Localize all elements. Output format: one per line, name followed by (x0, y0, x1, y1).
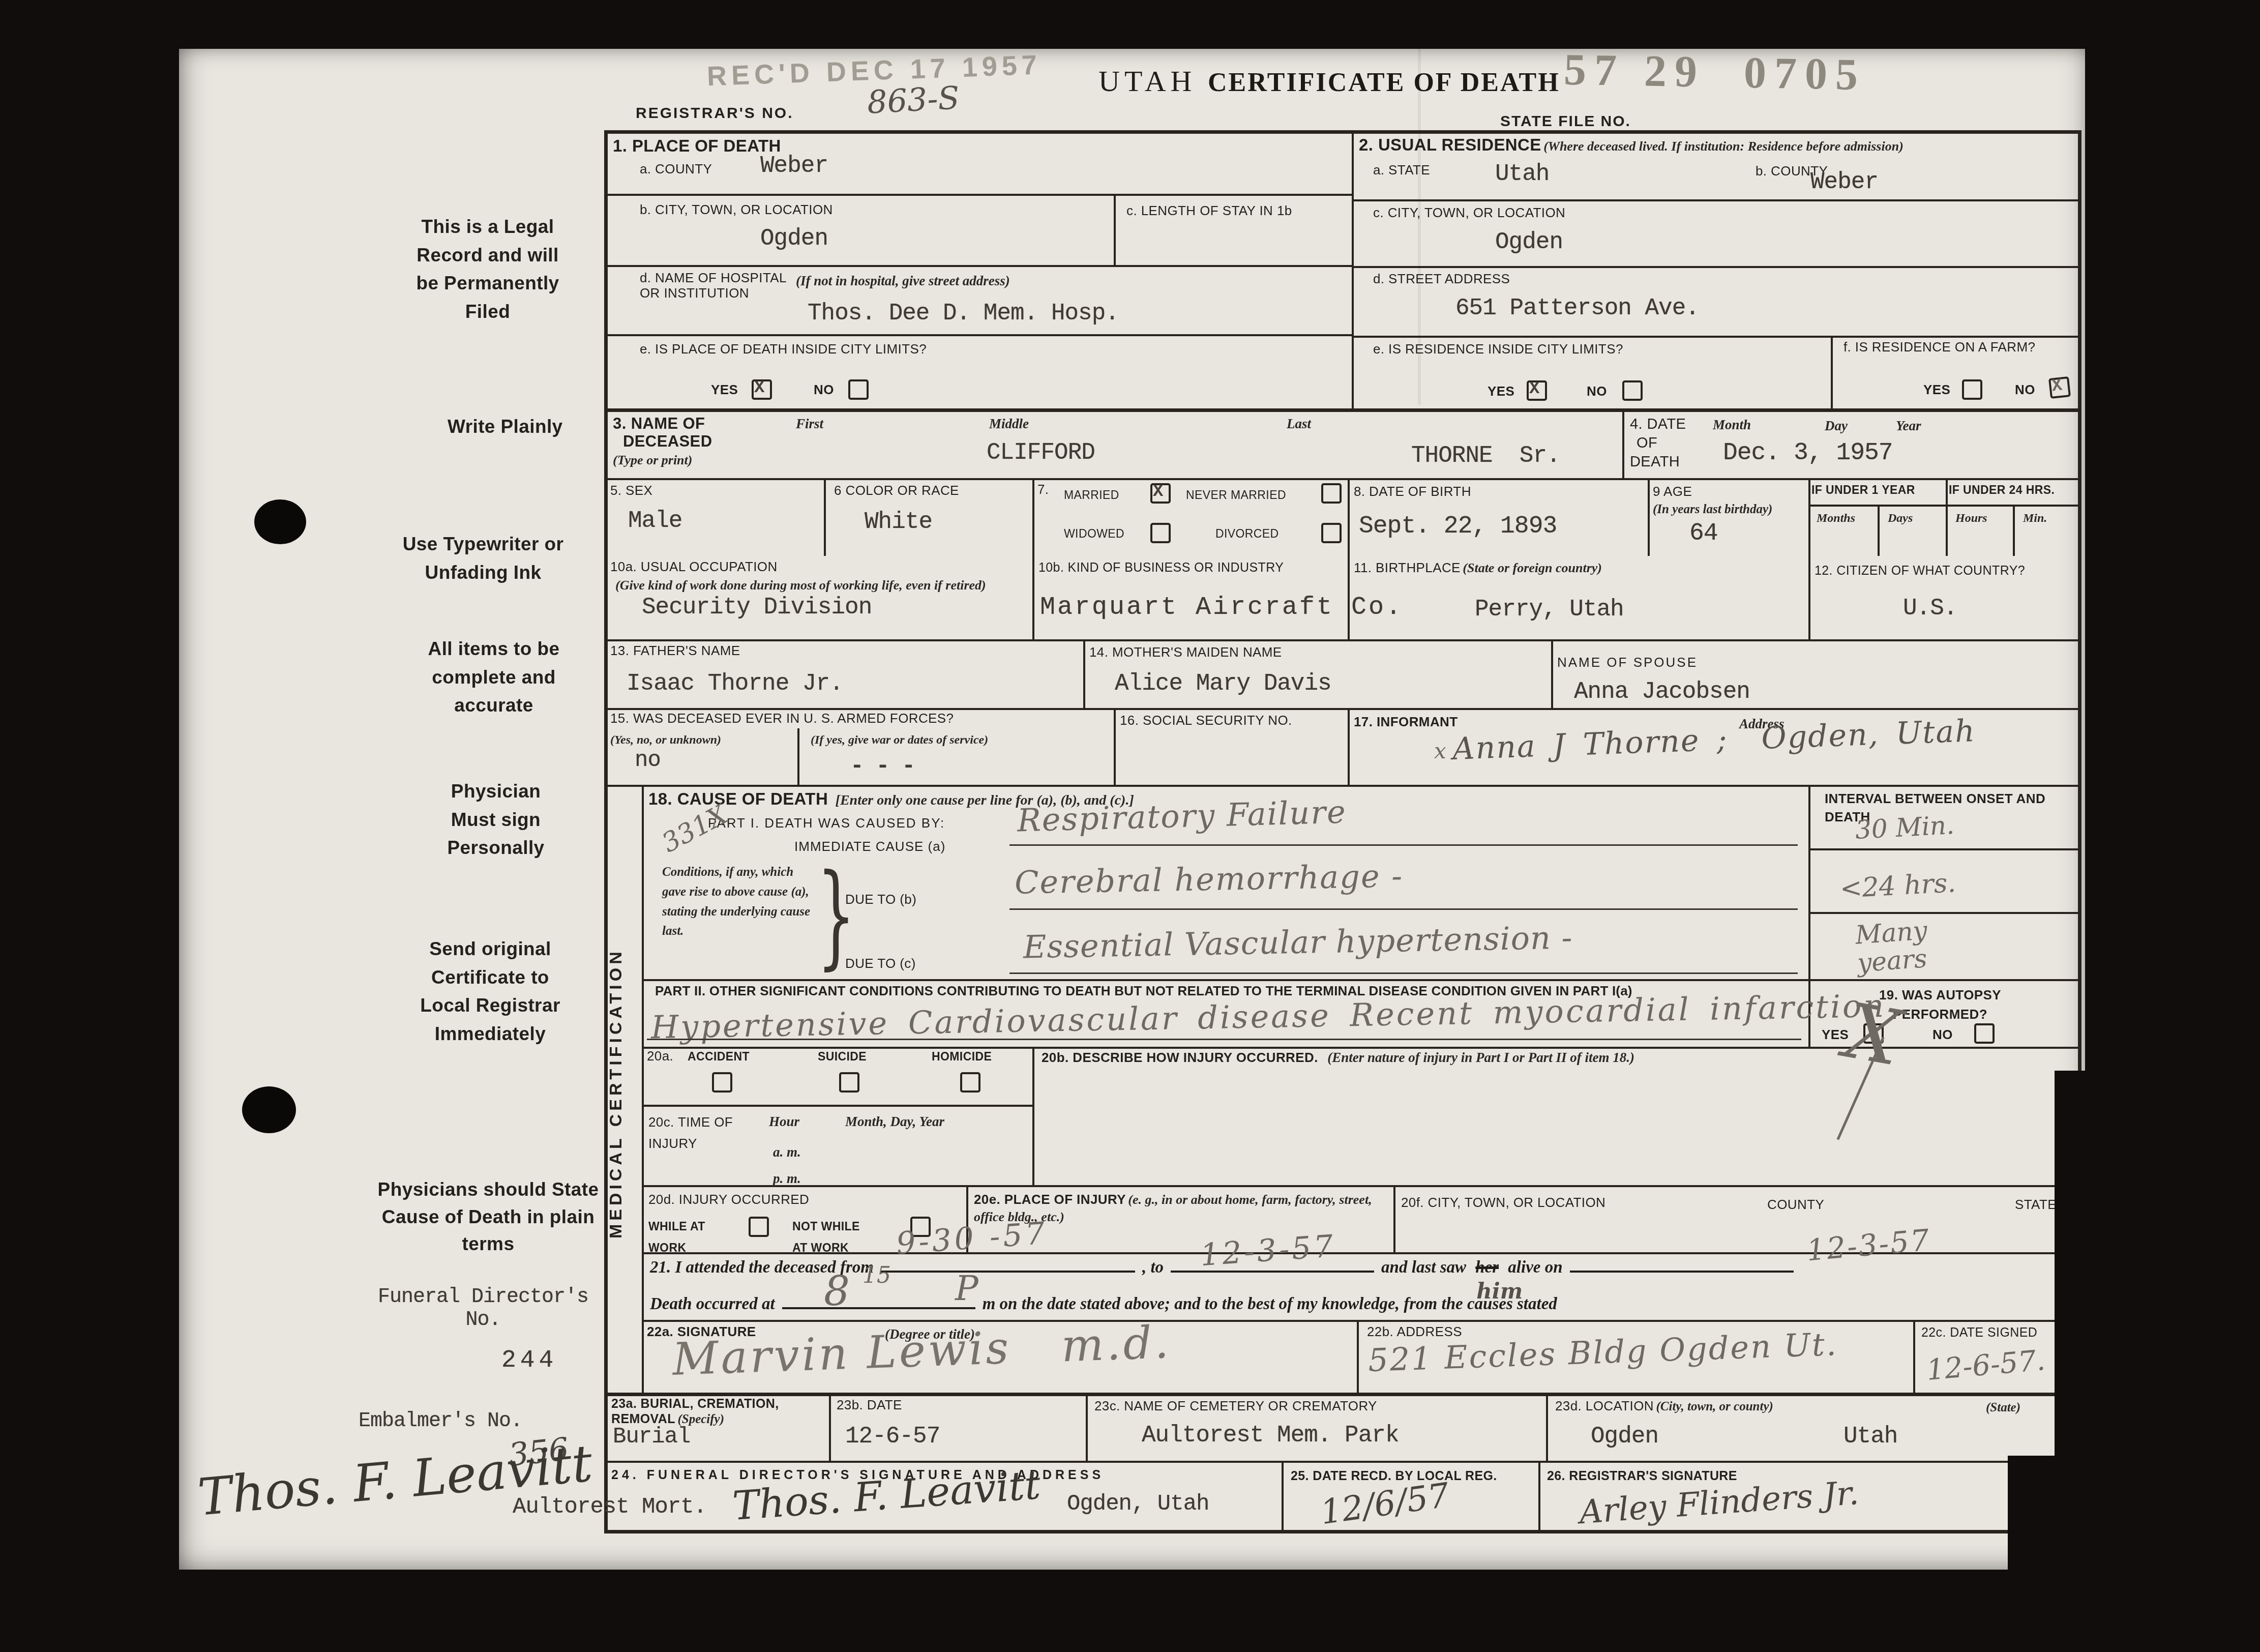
birthplace-note: (State or foreign country) (1463, 560, 1602, 575)
place-city-limits-label: e. IS PLACE OF DEATH INSIDE CITY LIMITS? (640, 342, 927, 357)
armed-forces-note2: (If yes, give war or dates of service) (811, 732, 1101, 748)
homicide-checkbox (960, 1072, 980, 1093)
burial-location-label: 23d. LOCATION (1555, 1398, 1654, 1413)
place-city-limits-yes-label: YES (711, 382, 738, 398)
describe-injury-label: 20b. DESCRIBE HOW INJURY OCCURRED. (1042, 1050, 1318, 1065)
grid-line (604, 1393, 2081, 1396)
grid-line (1878, 505, 1880, 556)
month-header: Month (1713, 416, 1751, 434)
funeral-director-no-value: 244 (501, 1347, 557, 1374)
form-title-state: UTAH (1098, 65, 1196, 98)
under-1yr-header: IF UNDER 1 YEAR (1811, 483, 1915, 496)
autopsy-no-checkbox (1974, 1023, 1995, 1044)
street-address-value: 651 Patterson Ave. (1455, 295, 1699, 321)
scanned-death-certificate: REC'D DEC 17 1957 REGISTRAR'S NO. 863-S … (0, 0, 2260, 1652)
margin-note-legal-record: This is a Legal Record and will be Perma… (411, 213, 564, 326)
due-to-c-label: DUE TO (c) (845, 956, 916, 971)
scan-border-left (0, 0, 179, 1652)
place-county-label: a. COUNTY (640, 162, 712, 177)
sex-label: 5. SEX (610, 483, 652, 498)
date-of-birth-label: 8. DATE OF BIRTH (1354, 484, 1471, 499)
embalmer-no-label: Embalmer's No. (359, 1410, 522, 1433)
armed-forces-value: no (635, 748, 661, 773)
autopsy-no-label: NO (1932, 1027, 1953, 1043)
middle-name-header: Middle (989, 415, 1029, 433)
grid-line (604, 785, 2081, 787)
last-name-value: THORNE Sr. (1411, 442, 1560, 469)
medical-certification-vertical-label: MEDICAL CERTIFICATION (606, 824, 640, 1363)
residence-city-limits-yes-label: YES (1488, 384, 1514, 399)
married-checkbox: X (1150, 483, 1171, 504)
burial-value: Burial (613, 1424, 690, 1450)
hours-header: Hours (1955, 511, 1987, 526)
cemetery-label: 23c. NAME OF CEMETERY OR CREMATORY (1094, 1399, 1377, 1414)
registrar-signature-label: 26. REGISTRAR'S SIGNATURE (1547, 1469, 1737, 1484)
never-married-label: NEVER MARRIED (1186, 488, 1286, 501)
grid-line (1114, 708, 1116, 785)
birthplace-label-group: 11. BIRTHPLACE (State or foreign country… (1354, 559, 1602, 577)
age-note: (In years last birthday) (1653, 501, 1800, 518)
place-county-value: Weber (760, 153, 828, 179)
grid-line (1352, 199, 2081, 201)
usual-residence-title: 2. USUAL RESIDENCE (Where deceased lived… (1359, 135, 1904, 155)
punch-hole-bottom (242, 1086, 296, 1133)
interval-a-value: 30 Min. (1855, 810, 1955, 845)
grid-line (1348, 478, 1350, 556)
grid-line (1808, 478, 1810, 556)
grid-line (1086, 1393, 1088, 1461)
burial-state-note: (State) (1986, 1400, 2020, 1417)
scan-border-top (0, 0, 2260, 49)
date-signed-label: 22c. DATE SIGNED (1921, 1325, 2074, 1340)
death-hour-value: 8 (824, 1267, 850, 1315)
injury-occurred-label: 20d. INJURY OCCURRED (648, 1192, 809, 1207)
grid-line (1032, 478, 1034, 556)
grid-line (1538, 1461, 1540, 1530)
spouse-label: NAME OF SPOUSE (1557, 655, 1698, 670)
physician-address-label: 22b. ADDRESS (1367, 1324, 1462, 1340)
father-name-label: 13. FATHER'S NAME (610, 643, 740, 659)
months-header: Months (1817, 511, 1855, 526)
armed-forces-label: 15. WAS DECEASED EVER IN U. S. ARMED FOR… (610, 711, 954, 726)
place-city-limits-no-checkbox (848, 379, 869, 400)
death-time-blank (782, 1292, 975, 1309)
describe-injury-note: (Enter nature of injury in Part I or Par… (1327, 1050, 1634, 1065)
x-mark: X (1153, 482, 1163, 501)
burial-city-value: Ogden (1591, 1423, 1658, 1450)
accident-row-number: 20a. (647, 1049, 673, 1064)
form-title: UTAH CERTIFICATE OF DEATH (1098, 64, 1560, 98)
margin-note-plain-terms: Physicians should State Cause of Death i… (377, 1176, 599, 1258)
informant-label: 17. INFORMANT (1354, 715, 1458, 730)
place-city-value: Ogden (760, 225, 828, 252)
grid-line (1913, 1320, 1915, 1393)
while-at-work-label-1: WHILE AT (648, 1220, 705, 1233)
color-race-label: 6 COLOR OR RACE (834, 483, 959, 498)
day-header: Day (1825, 417, 1848, 435)
attended-text-d: alive on (1508, 1258, 1562, 1277)
occupation-note: (Give kind of work done during most of w… (615, 577, 1022, 594)
min-header: Min. (2023, 511, 2047, 526)
residence-county-value: Weber (1810, 169, 1878, 195)
birthplace-label: 11. BIRTHPLACE (1354, 560, 1461, 575)
grid-line (1622, 408, 1624, 478)
industry-label: 10b. KIND OF BUSINESS OR INDUSTRY (1038, 560, 1284, 575)
conditions-note: Conditions, if any, which gave rise to a… (662, 863, 815, 941)
occupation-label: 10a. USUAL OCCUPATION (610, 559, 778, 575)
accident-checkbox (712, 1072, 732, 1093)
burial-state-value: Utah (1843, 1423, 1897, 1450)
date-of-birth-value: Sept. 22, 1893 (1359, 513, 1557, 540)
x-mark: X (2051, 376, 2063, 397)
residence-city-limits-yes-checkbox: X (1527, 380, 1547, 401)
hospital-name-value: Thos. Dee D. Mem. Hosp. (808, 300, 1119, 327)
grid-line (604, 708, 2081, 710)
ssn-label: 16. SOCIAL SECURITY NO. (1120, 713, 1292, 728)
describe-injury-group: 20b. DESCRIBE HOW INJURY OCCURRED. (Ente… (1042, 1049, 1634, 1067)
am-label: a. m. (773, 1143, 801, 1161)
burial-label-group: 23a. BURIAL, CREMATION, REMOVAL (Specify… (611, 1397, 830, 1428)
grid-line (1348, 708, 1350, 785)
while-at-work-checkbox (749, 1217, 769, 1237)
x-mark: X (754, 378, 764, 398)
name-of-deceased-label-1: 3. NAME OF (613, 415, 705, 433)
burial-location-group: 23d. LOCATION (City, town, or county) (1555, 1399, 1773, 1415)
death-minute-value: 15 (863, 1262, 891, 1288)
street-address-label: d. STREET ADDRESS (1373, 272, 1510, 287)
interval-b-value: <24 hrs. (1839, 868, 1957, 904)
punch-hole-top (254, 499, 306, 544)
name-of-deceased-note: (Type or print) (613, 452, 692, 469)
grid-line (1551, 639, 1553, 708)
place-of-injury-label: 20e. PLACE OF INJURY (974, 1192, 1126, 1207)
mother-name-label: 14. MOTHER'S MAIDEN NAME (1089, 645, 1282, 660)
residence-city-limits-no-checkbox (1622, 380, 1643, 401)
grid-line (1282, 1461, 1284, 1530)
her-him-correction: her him (1475, 1258, 1499, 1277)
armed-forces-note1: (Yes, no, or unknown) (610, 732, 721, 748)
cause-b-underline (1009, 908, 1798, 910)
grid-line (1032, 1047, 1034, 1105)
widowed-checkbox (1150, 523, 1171, 543)
grid-line (1808, 505, 2081, 507)
registrar-no-value: 863-S (866, 79, 960, 121)
residence-farm-label: f. IS RESIDENCE ON A FARM? (1843, 340, 2077, 355)
funeral-director-mortuary-typed: Aultorest Mort. (513, 1494, 706, 1520)
funeral-director-no-label: Funeral Director's No. (356, 1286, 610, 1332)
age-label: 9 AGE (1653, 484, 1692, 499)
sex-value: Male (628, 508, 682, 534)
age-value: 64 (1689, 520, 1718, 547)
funeral-director-address-typed: Ogden, Utah (1067, 1491, 1209, 1517)
date-received-label: 25. DATE RECD. BY LOCAL REG. (1291, 1469, 1497, 1484)
mother-name-value: Alice Mary Davis (1115, 670, 1331, 697)
margin-note-physician-sign: Physician Must sign Personally (438, 777, 553, 862)
usual-residence-title-text: 2. USUAL RESIDENCE (1359, 135, 1541, 154)
armed-forces-service-value: - - - (850, 754, 915, 779)
grid-line (604, 1461, 2081, 1463)
married-label: MARRIED (1064, 488, 1119, 501)
industry-value: Marquart Aircraft Co. (1040, 593, 1403, 622)
injury-city-label: 20f. CITY, TOWN, OR LOCATION (1401, 1195, 1605, 1211)
cause-c-underline (1009, 972, 1798, 974)
date-of-death-label-1: 4. DATE (1630, 416, 1686, 433)
injury-county-header: COUNTY (1767, 1197, 1824, 1213)
death-ampm-value: P (955, 1268, 978, 1309)
death-occurred-text: Death occurred at (650, 1295, 775, 1313)
cause-of-death-title: 18. CAUSE OF DEATH (648, 789, 828, 808)
grid-line (642, 785, 644, 1393)
hospital-name-note: (If not in hospital, give street address… (796, 272, 1010, 290)
citizen-value: U.S. (1903, 595, 1957, 622)
her-struck: her (1475, 1258, 1499, 1277)
grid-line (1946, 478, 1948, 556)
not-while-at-work-label-2: AT WORK (792, 1241, 849, 1254)
name-of-deceased-label-2: DECEASED (623, 432, 712, 451)
color-race-value: White (865, 509, 932, 535)
residence-city-label: c. CITY, TOWN, OR LOCATION (1373, 205, 1565, 221)
father-name-value: Isaac Thorne Jr. (627, 670, 843, 697)
grid-line (1808, 848, 2081, 850)
margin-note-write-plainly: Write Plainly (448, 416, 563, 438)
not-while-at-work-label-1: NOT WHILE (792, 1220, 860, 1233)
residence-city-limits-no-label: NO (1587, 384, 1607, 399)
residence-state-label: a. STATE (1373, 163, 1430, 178)
grid-line (1032, 1105, 1034, 1185)
grid-line (604, 130, 2081, 134)
residence-city-limits-label: e. IS RESIDENCE INSIDE CITY LIMITS? (1373, 342, 1623, 357)
grid-line (604, 1530, 2081, 1533)
place-city-limits-no-label: NO (814, 382, 834, 398)
suicide-label: SUICIDE (818, 1050, 867, 1063)
divorced-checkbox (1321, 523, 1342, 543)
grid-line (642, 1185, 2081, 1187)
length-of-stay-label: c. LENGTH OF STAY IN 1b (1126, 203, 1345, 219)
spouse-value: Anna Jacobsen (1574, 678, 1750, 705)
grid-line (2013, 505, 2015, 556)
grid-line (1352, 266, 2081, 268)
occupation-value: Security Division (642, 594, 872, 621)
widowed-label: WIDOWED (1064, 527, 1124, 540)
part1-label: PART I. DEATH WAS CAUSED BY: (708, 816, 945, 831)
grid-line (1546, 1393, 1548, 1461)
homicide-label: HOMICIDE (932, 1050, 992, 1063)
scan-corner-dark-2 (2008, 1456, 2260, 1652)
attended-text-c: and last saw (1381, 1258, 1466, 1277)
grid-line (1808, 556, 1810, 639)
grid-line (642, 1105, 1032, 1107)
year-header: Year (1896, 417, 1921, 435)
state-file-no-label: STATE FILE NO. (1500, 113, 1631, 131)
last-name-header: Last (1287, 415, 1311, 433)
time-of-injury-label: 20c. TIME OF INJURY (648, 1112, 758, 1154)
margin-note-typewriter: Use Typewriter or Unfading Ink (402, 530, 564, 586)
grid-line (604, 334, 1352, 336)
state-file-no-value: 57 29 0705 (1563, 44, 1866, 101)
first-name-header: First (796, 415, 823, 433)
cemetery-value: Aultorest Mem. Park (1142, 1422, 1399, 1449)
grid-line (604, 639, 2081, 641)
informant-x-mark: x (1434, 739, 1446, 763)
residence-farm-yes-checkbox (1962, 379, 1982, 400)
citizen-label: 12. CITIZEN OF WHAT COUNTRY? (1815, 564, 2079, 578)
hour-injury-header: Hour (769, 1113, 799, 1131)
grid-line (1648, 478, 1650, 556)
grid-line (1831, 336, 1833, 408)
suicide-checkbox (839, 1072, 859, 1093)
lastseen-blank (1570, 1255, 1794, 1273)
registrar-no-label: REGISTRAR'S NO. (636, 105, 794, 123)
burial-date-label: 23b. DATE (837, 1398, 902, 1413)
cause-a-underline (1009, 844, 1798, 846)
month-day-year-header: Month, Day, Year (845, 1113, 944, 1131)
death-occurred-text-2: m on the date stated above; and to the b… (983, 1295, 1557, 1313)
grid-line (1352, 336, 2081, 338)
part2-underline (647, 1039, 1801, 1040)
due-to-b-label: DUE TO (b) (845, 892, 916, 907)
date-of-death-label-2: OF (1637, 435, 1657, 452)
grid-line (604, 194, 1352, 196)
grid-line (1808, 912, 2081, 914)
grid-line (824, 478, 826, 556)
grid-line (797, 728, 799, 785)
hospital-name-label: d. NAME OF HOSPITAL OR INSTITUTION (640, 271, 787, 301)
birthplace-value: Perry, Utah (1475, 596, 1624, 623)
while-at-work-label-2: WORK (648, 1241, 686, 1254)
residence-farm-no-checkbox: X (2048, 376, 2071, 399)
grid-line (1083, 639, 1085, 708)
grid-line (1352, 130, 1354, 408)
date-of-death-label-3: DEATH (1630, 454, 1680, 470)
margin-note-send-original: Send original Certificate to Local Regis… (420, 935, 560, 1048)
accident-label: ACCIDENT (688, 1050, 750, 1063)
grid-line (1357, 1320, 1359, 1393)
x-mark: X (1529, 379, 1539, 399)
residence-farm-yes-label: YES (1923, 382, 1950, 398)
attended-statement-line2: Death occurred atm on the date stated ab… (650, 1292, 1557, 1314)
form-title-main: CERTIFICATE OF DEATH (1208, 68, 1560, 97)
due-to-b-value: Cerebral hemorrhage - (1014, 857, 1403, 901)
days-header: Days (1888, 511, 1913, 526)
under-24hrs-header: IF UNDER 24 HRS. (1949, 483, 2055, 496)
scan-border-bottom (0, 1570, 2260, 1652)
grid-line (604, 265, 1352, 267)
pm-label: p. m. (773, 1170, 801, 1188)
burial-date-value: 12-6-57 (845, 1423, 940, 1450)
injury-state-header: STATE (2015, 1197, 2057, 1213)
grid-line (1114, 194, 1116, 265)
burial-location-note: (City, town, or county) (1656, 1400, 1773, 1413)
grid-line (1032, 556, 1034, 639)
attended-text-b: , to (1142, 1258, 1164, 1277)
date-of-death-value: Dec. 3, 1957 (1723, 439, 1893, 467)
residence-farm-no-label: NO (2015, 382, 2035, 398)
grid-line (1393, 1185, 1395, 1252)
interval-c-value: Many years (1855, 911, 2001, 977)
grid-line (604, 408, 2081, 412)
marital-number: 7. (1037, 482, 1049, 497)
residence-city-value: Ogden (1495, 229, 1563, 255)
residence-state-value: Utah (1495, 161, 1549, 187)
usual-residence-note: (Where deceased lived. If institution: R… (1543, 139, 1904, 154)
grid-line (642, 1320, 2081, 1322)
place-city-label: b. CITY, TOWN, OR LOCATION (640, 202, 833, 218)
divorced-label: DIVORCED (1215, 527, 1279, 540)
first-name-value: CLIFFORD (987, 439, 1095, 466)
place-of-death-title: 1. PLACE OF DEATH (613, 136, 781, 156)
margin-note-complete: All items to be complete and accurate (426, 635, 561, 720)
place-city-limits-yes-checkbox: X (752, 379, 772, 400)
grid-line (642, 979, 2081, 981)
never-married-checkbox (1321, 483, 1342, 504)
